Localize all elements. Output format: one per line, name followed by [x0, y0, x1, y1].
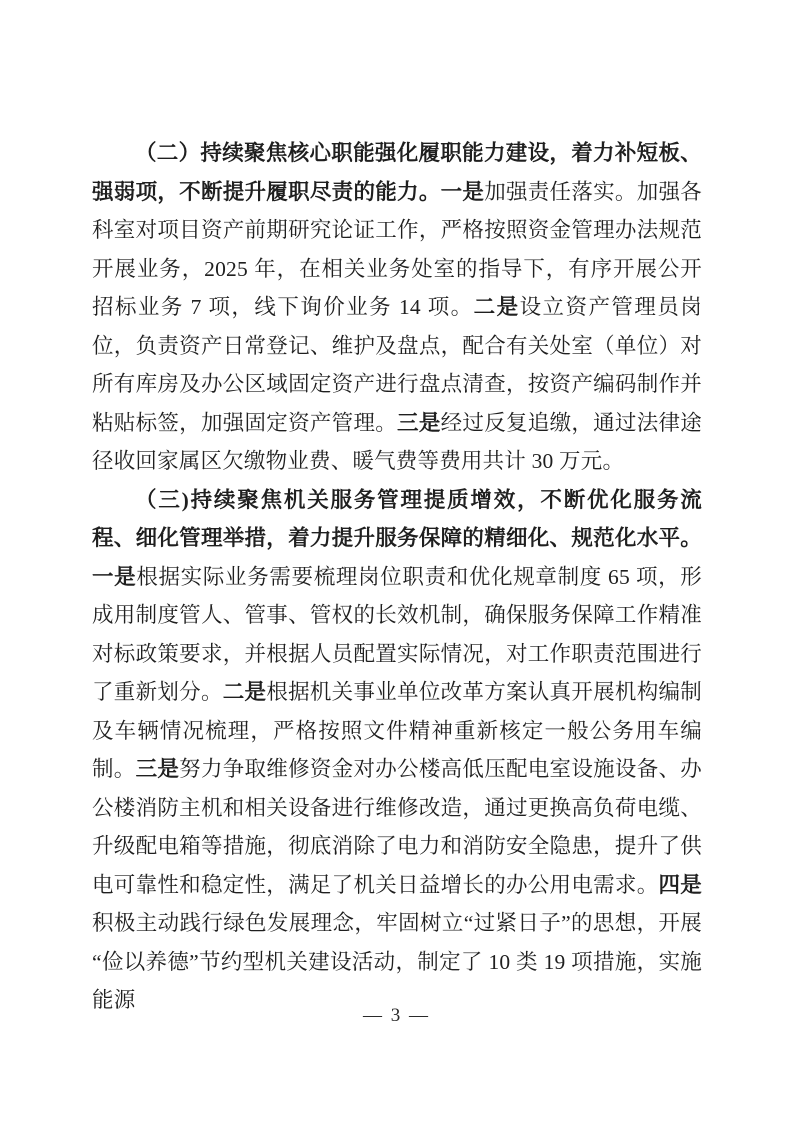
paragraph-text: 一是	[92, 565, 136, 589]
document-body: （二）持续聚焦核心职能强化履职能力建设，着力补短板、强弱项，不断提升履职尽责的能…	[92, 134, 702, 1020]
document-page: （二）持续聚焦核心职能强化履职能力建设，着力补短板、强弱项，不断提升履职尽责的能…	[0, 0, 793, 1122]
paragraph-text: 二是	[474, 295, 520, 319]
paragraph-text: 三是	[397, 411, 441, 435]
paragraph-text: 积极主动践行绿色发展理念，牢固树立“过紧日子”的思想，开展“俭以养德”节约型机关…	[92, 911, 702, 1012]
paragraph: （三)持续聚焦机关服务管理提质增效，不断优化服务流程、细化管理举措，着力提升服务…	[92, 481, 702, 1020]
paragraph-text: 三是	[136, 757, 180, 781]
paragraph-heading: （三)持续聚焦机关服务管理提质增效，不断优化服务流程、细化管理举措，着力提升服务…	[92, 488, 702, 551]
paragraph-container: （二）持续聚焦核心职能强化履职能力建设，着力补短板、强弱项，不断提升履职尽责的能…	[92, 134, 702, 1020]
paragraph-text: 努力争取维修资金对办公楼高低压配电室设施设备、办公楼消防主机和相关设备进行维修改…	[92, 757, 702, 897]
paragraph-text: 二是	[223, 680, 267, 704]
page-footer: — 3 —	[0, 1005, 793, 1027]
page-number: — 3 —	[363, 1005, 430, 1026]
paragraph-text: 一是	[441, 180, 485, 204]
paragraph: （二）持续聚焦核心职能强化履职能力建设，着力补短板、强弱项，不断提升履职尽责的能…	[92, 134, 702, 481]
paragraph-text: 四是	[659, 873, 703, 897]
